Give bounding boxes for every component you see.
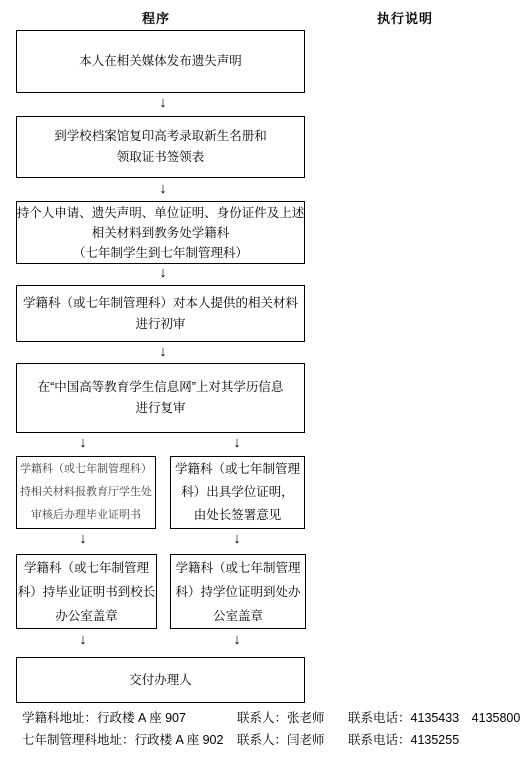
arrow-down-icon: ↓ bbox=[229, 632, 245, 648]
flow-step-archives-copy-roster: 到学校档案馆复印高考录取新生名册和 领取证书签领表 bbox=[16, 116, 305, 178]
footer-phone: 联系电话：4135433 4135800 bbox=[348, 708, 520, 726]
flow-step-text: 科）出具学位证明， bbox=[181, 481, 294, 504]
flow-step-submit-materials: 持个人申请、遗失声明、单位证明、身份证件及上述 相关材料到教务处学籍科 （七年制… bbox=[16, 201, 305, 264]
flow-step-text: 学籍科（或七年制管理 bbox=[175, 556, 300, 580]
flow-step-online-recheck: 在“中国高等教育学生信息网”上对其学历信息 进行复审 bbox=[16, 363, 305, 433]
flow-step-text: 持个人申请、遗失声明、单位证明、身份证件及上述 bbox=[17, 203, 305, 223]
footer-address: 七年制管理科地址：行政楼 A 座 902 bbox=[22, 730, 223, 748]
flow-step-text: 相关材料到教务处学籍科 bbox=[92, 223, 230, 243]
arrow-down-icon: ↓ bbox=[155, 265, 171, 281]
flow-branch-degree-certificate: 学籍科（或七年制管理 科）出具学位证明， 由处长签署意见 bbox=[170, 456, 305, 529]
flow-branch-dean-office-seal: 学籍科（或七年制管理 科）持学位证明到处办 公室盖章 bbox=[170, 554, 306, 629]
footer-phone: 联系电话：4135255 bbox=[348, 730, 459, 748]
flowchart-page: 程序 执行说明 本人在相关媒体发布遗失声明 ↓ 到学校档案馆复印高考录取新生名册… bbox=[0, 0, 524, 758]
column-title-execution-notes: 执行说明 bbox=[377, 8, 433, 27]
flow-branch-diploma-certificate: 学籍科（或七年制管理科） 持相关材料报教育厅学生处 审核后办理毕业证明书 bbox=[16, 456, 156, 529]
flow-step-text: 学籍科（或七年制管理科） bbox=[20, 458, 152, 481]
footer-address: 学籍科地址：行政楼 A 座 907 bbox=[22, 708, 186, 726]
arrow-down-icon: ↓ bbox=[155, 95, 171, 111]
flow-step-text: 进行复审 bbox=[135, 398, 185, 419]
flow-step-text: 科）持学位证明到处办 bbox=[175, 580, 300, 604]
footer-row-registry-section: 学籍科地址：行政楼 A 座 907 联系人：张老师 联系电话：4135433 4… bbox=[22, 708, 522, 724]
flow-step-text: 审核后办理毕业证明书 bbox=[31, 504, 141, 527]
flow-step-text: 到学校档案馆复印高考录取新生名册和 bbox=[54, 126, 267, 147]
footer-row-seven-year-section: 七年制管理科地址：行政楼 A 座 902 联系人：闫老师 联系电话：413525… bbox=[22, 730, 522, 746]
flow-step-text: 本人在相关媒体发布遗失声明 bbox=[79, 51, 242, 72]
flow-step-deliver-to-applicant: 交付办理人 bbox=[16, 657, 305, 703]
column-title-procedure: 程序 bbox=[142, 8, 170, 27]
flow-step-text: 交付办理人 bbox=[129, 670, 192, 691]
flow-step-text: 领取证书签领表 bbox=[117, 147, 205, 168]
flow-step-text: 科）持毕业证明书到校长 bbox=[18, 580, 156, 604]
arrow-down-icon: ↓ bbox=[229, 435, 245, 451]
flow-step-text: 公室盖章 bbox=[213, 604, 263, 628]
flow-step-publish-loss-statement: 本人在相关媒体发布遗失声明 bbox=[16, 30, 305, 93]
flow-step-text: 在“中国高等教育学生信息网”上对其学历信息 bbox=[38, 377, 284, 398]
flow-step-text: 学籍科（或七年制管理科）对本人提供的相关材料 bbox=[23, 293, 298, 314]
arrow-down-icon: ↓ bbox=[75, 435, 91, 451]
flow-step-initial-review: 学籍科（或七年制管理科）对本人提供的相关材料 进行初审 bbox=[16, 285, 305, 342]
flow-step-text: 进行初审 bbox=[135, 314, 185, 335]
flow-branch-president-office-seal: 学籍科（或七年制管理 科）持毕业证明书到校长 办公室盖章 bbox=[16, 554, 157, 629]
flow-step-text: 持相关材料报教育厅学生处 bbox=[20, 481, 152, 504]
arrow-down-icon: ↓ bbox=[229, 531, 245, 547]
flow-step-text: 学籍科（或七年制管理 bbox=[175, 458, 300, 481]
footer-contact: 联系人：闫老师 bbox=[237, 730, 325, 748]
flow-step-text: 由处长签署意见 bbox=[194, 504, 282, 527]
arrow-down-icon: ↓ bbox=[155, 344, 171, 360]
footer-contact: 联系人：张老师 bbox=[237, 708, 325, 726]
arrow-down-icon: ↓ bbox=[75, 531, 91, 547]
flow-step-text: （七年制学生到七年制管理科） bbox=[73, 243, 248, 263]
arrow-down-icon: ↓ bbox=[155, 181, 171, 197]
flow-step-text: 办公室盖章 bbox=[55, 604, 118, 628]
arrow-down-icon: ↓ bbox=[75, 632, 91, 648]
flow-step-text: 学籍科（或七年制管理 bbox=[24, 556, 149, 580]
